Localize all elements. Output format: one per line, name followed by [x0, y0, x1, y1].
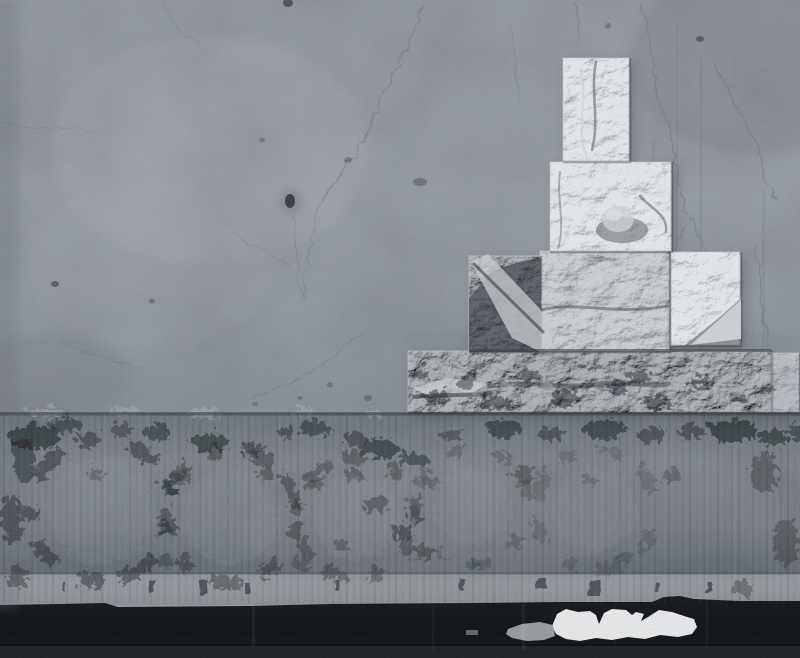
grain-light-texture [0, 0, 800, 658]
film-grain [0, 0, 800, 658]
photo-frame [0, 0, 800, 658]
photograph [0, 0, 800, 658]
